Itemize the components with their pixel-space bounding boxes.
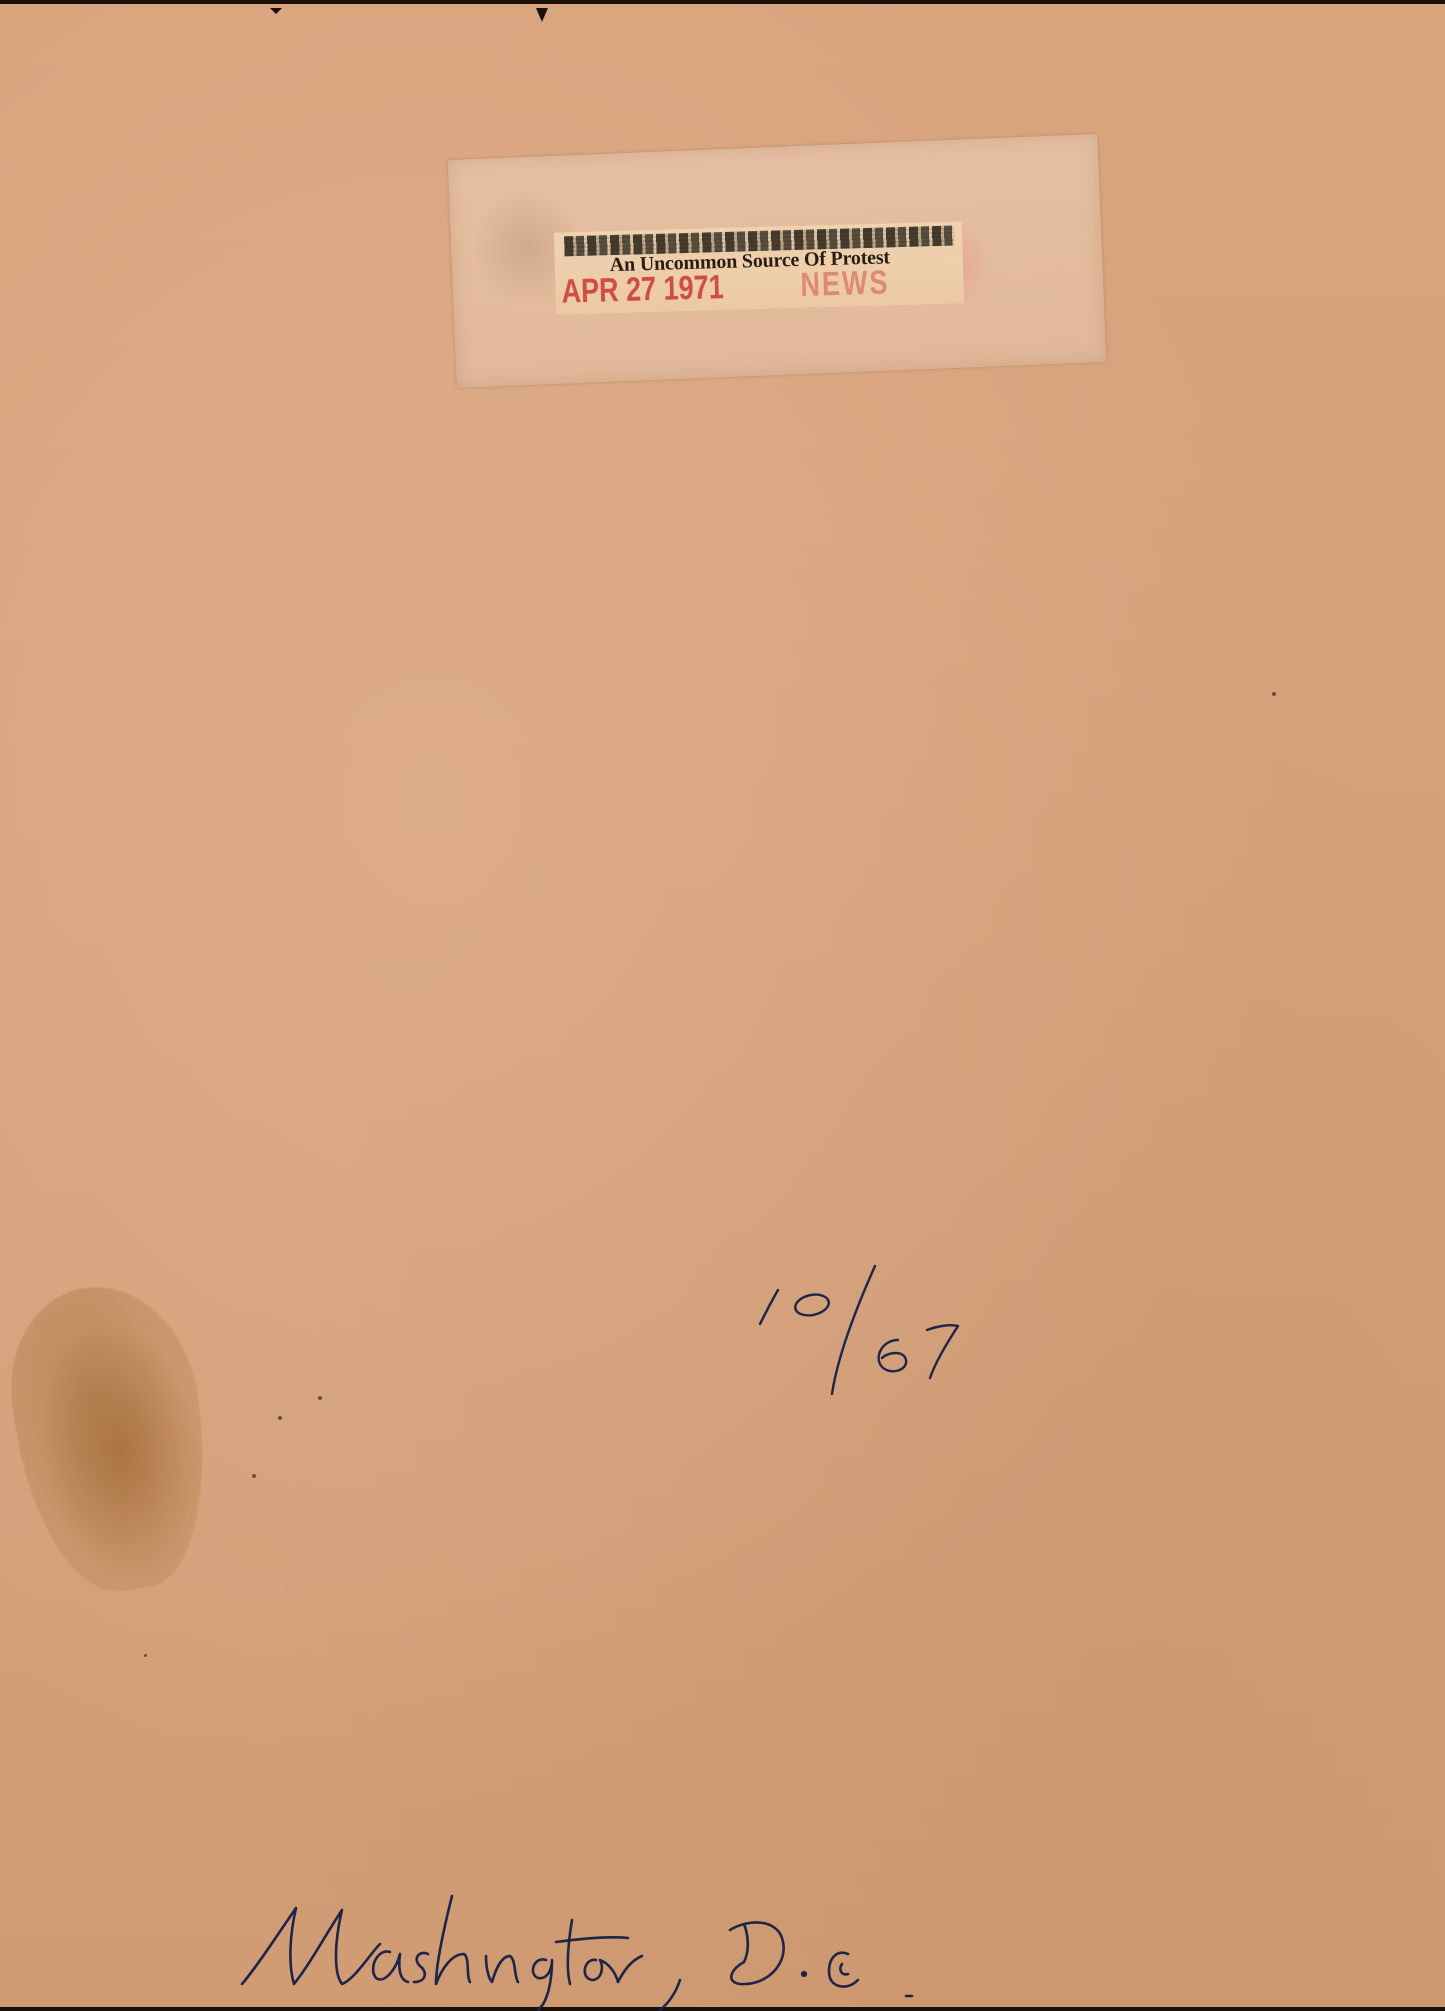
handwritten-location: Washington, D.C. [230, 1884, 1090, 2011]
newspaper-clipping: APR 27 1971 NEWS An Uncommon Source Of P… [554, 221, 964, 314]
speck [278, 1416, 282, 1420]
handwritten-date: 10/67 [720, 1254, 930, 1384]
handwritten-location-strokes [230, 1884, 1090, 2011]
speck [144, 1654, 147, 1657]
photo-back-paper: APR 27 1971 NEWS An Uncommon Source Of P… [0, 4, 1445, 2007]
handwritten-date-strokes [720, 1254, 930, 1384]
stain-mark [0, 1275, 223, 1603]
speck [318, 1396, 322, 1400]
speck [252, 1474, 256, 1478]
paper-edge-notch [270, 8, 282, 14]
paper-edge-notch [536, 8, 548, 22]
speck [1272, 692, 1276, 696]
